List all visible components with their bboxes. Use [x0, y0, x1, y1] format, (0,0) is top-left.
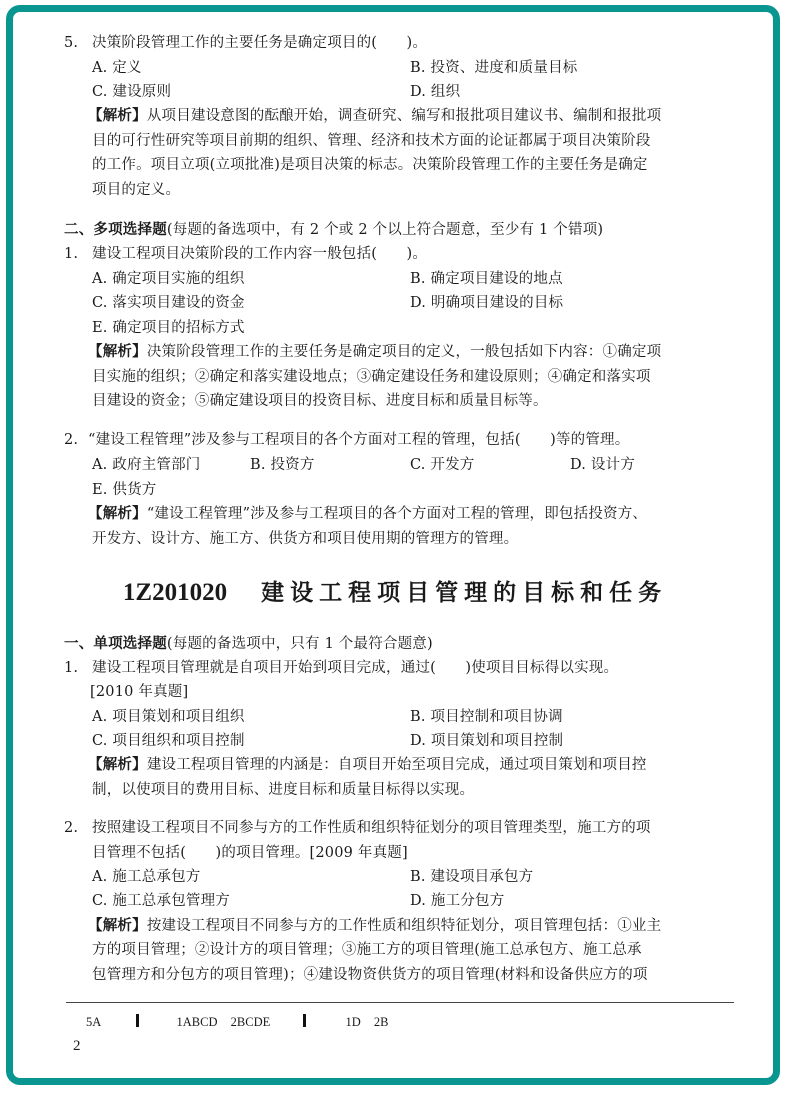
section-heading-note: (每题的备选项中，有 2 个或 2 个以上符合题意，至少有 1 个错项) [167, 222, 603, 238]
option-b: B. 投资方 [250, 455, 315, 475]
section-code: 1Z201020 [123, 579, 227, 606]
answer-item: 2B [374, 1013, 389, 1031]
option-b: B. 项目控制和项目协调 [410, 707, 563, 727]
option-d: D. 项目策划和项目控制 [410, 731, 563, 751]
question-stem: “建设工程管理”涉及参与工程项目的各个方面对工程的管理，包括( )等的管理。 [88, 430, 629, 450]
question-number: 1. [64, 658, 78, 678]
question-number: 1. [64, 244, 78, 264]
analysis-text: 决策阶段管理工作的主要任务是确定项目的定义，一般包括如下内容：①确定项 [147, 344, 662, 360]
section-heading: 一、单项选择题(每题的备选项中，只有 1 个最符合题意) [64, 634, 433, 654]
question-stem: 建设工程项目管理就是自项目开始到项目完成，通过( )使项目目标得以实现。 [92, 658, 618, 678]
section-heading-label: 二、多项选择题 [64, 222, 167, 238]
answer-separator [136, 1014, 139, 1027]
question-number: 5. [64, 33, 78, 53]
analysis-text: “建设工程管理”涉及参与工程项目的各个方面对工程的管理，即包括投资方、 [147, 506, 647, 522]
option-a: A. 政府主管部门 [92, 455, 201, 475]
section-name: 建设工程项目管理的目标和任务 [261, 579, 667, 606]
analysis-line: 方的项目管理；②设计方的项目管理；③施工方的项目管理(施工总承包方、施工总承 [92, 940, 642, 960]
option-e: E. 确定项目的招标方式 [92, 318, 245, 338]
answer-item: 2BCDE [231, 1013, 271, 1031]
option-c: C. 开发方 [410, 455, 475, 475]
analysis-text: 按建设工程项目不同参与方的工作性质和组织特征划分，项目管理包括：①业主 [147, 918, 662, 934]
option-d: D. 施工分包方 [410, 891, 504, 911]
question-number: 2. [64, 430, 78, 450]
option-a: A. 项目策划和项目组织 [92, 707, 245, 727]
option-d: D. 设计方 [570, 455, 635, 475]
option-d: D. 明确项目建设的目标 [410, 293, 563, 313]
answer-item: 1ABCD [177, 1013, 218, 1031]
analysis-line: 目的可行性研究等项目前期的组织、管理、经济和技术方面的论证都属于项目决策阶段 [92, 131, 651, 151]
analysis-text: 从项目建设意图的酝酿开始，调查研究、编写和报批项目建议书、编制和报批项 [147, 108, 662, 124]
option-a: A. 确定项目实施的组织 [92, 269, 245, 289]
analysis-line: 目实施的组织；②确定和落实建设地点；③确定建设任务和建设原则；④确定和落实项 [92, 367, 651, 387]
option-c: C. 建设原则 [92, 82, 171, 102]
analysis-label: 【解析】 [88, 757, 147, 773]
analysis-line: 制，以使项目的费用目标、进度目标和质量目标得以实现。 [92, 780, 474, 800]
analysis-line: 项目的定义。 [92, 180, 180, 200]
section-heading-note: (每题的备选项中，只有 1 个最符合题意) [167, 636, 433, 652]
option-c: C. 项目组织和项目控制 [92, 731, 245, 751]
analysis-line: 包管理方和分包方的项目管理)；④建设物资供货方的项目管理(材料和设备供应方的项 [92, 965, 648, 985]
analysis-line: 【解析】建设工程项目管理的内涵是：自项目开始至项目完成，通过项目策划和项目控 [88, 755, 647, 775]
answer-item: 5A [86, 1013, 101, 1031]
answer-separator [303, 1014, 306, 1027]
question-stem-source: [2010 年真题] [90, 682, 188, 702]
analysis-text: 建设工程项目管理的内涵是：自项目开始至项目完成，通过项目策划和项目控 [147, 757, 647, 773]
analysis-line: 【解析】按建设工程项目不同参与方的工作性质和组织特征划分，项目管理包括：①业主 [88, 916, 661, 936]
analysis-line: 【解析】决策阶段管理工作的主要任务是确定项目的定义，一般包括如下内容：①确定项 [88, 342, 661, 362]
question-number: 2. [64, 818, 78, 838]
analysis-label: 【解析】 [88, 918, 147, 934]
analysis-line: 【解析】“建设工程管理”涉及参与工程项目的各个方面对工程的管理，即包括投资方、 [88, 504, 647, 524]
answer-key: 5A 1ABCD 2BCDE 1D 2B [86, 1013, 388, 1031]
section-title: 1Z201020建设工程项目管理的目标和任务 [0, 578, 790, 608]
option-b: B. 确定项目建设的地点 [410, 269, 563, 289]
question-stem: 按照建设工程项目不同参与方的工作性质和组织特征划分的项目管理类型，施工方的项 [92, 818, 651, 838]
analysis-line: 目建设的资金；⑤确定建设项目的投资目标、进度目标和质量目标等。 [92, 391, 548, 411]
question-stem: 目管理不包括( )的项目管理。[2009 年真题] [92, 843, 408, 863]
question-stem: 建设工程项目决策阶段的工作内容一般包括( )。 [92, 244, 427, 264]
section-heading: 二、多项选择题(每题的备选项中，有 2 个或 2 个以上符合题意，至少有 1 个… [64, 220, 603, 240]
analysis-line: 【解析】从项目建设意图的酝酿开始，调查研究、编写和报批项目建议书、编制和报批项 [88, 106, 661, 126]
option-a: A. 施工总承包方 [92, 867, 201, 887]
answer-item: 1D [345, 1013, 360, 1031]
option-e: E. 供货方 [92, 480, 157, 500]
analysis-line: 开发方、设计方、施工方、供货方和项目使用期的管理方的管理。 [92, 529, 518, 549]
analysis-label: 【解析】 [88, 344, 147, 360]
footer-divider [66, 1002, 734, 1003]
option-d: D. 组织 [410, 82, 460, 102]
option-a: A. 定义 [92, 58, 142, 78]
analysis-label: 【解析】 [88, 506, 147, 522]
question-stem: 决策阶段管理工作的主要任务是确定项目的( )。 [92, 33, 427, 53]
analysis-label: 【解析】 [88, 108, 147, 124]
option-b: B. 投资、进度和质量目标 [410, 58, 577, 78]
option-c: C. 施工总承包管理方 [92, 891, 230, 911]
section-heading-label: 一、单项选择题 [64, 636, 167, 652]
option-c: C. 落实项目建设的资金 [92, 293, 245, 313]
page-number: 2 [73, 1038, 81, 1055]
analysis-line: 的工作。项目立项(立项批准)是项目决策的标志。决策阶段管理工作的主要任务是确定 [92, 155, 648, 175]
option-b: B. 建设项目承包方 [410, 867, 533, 887]
